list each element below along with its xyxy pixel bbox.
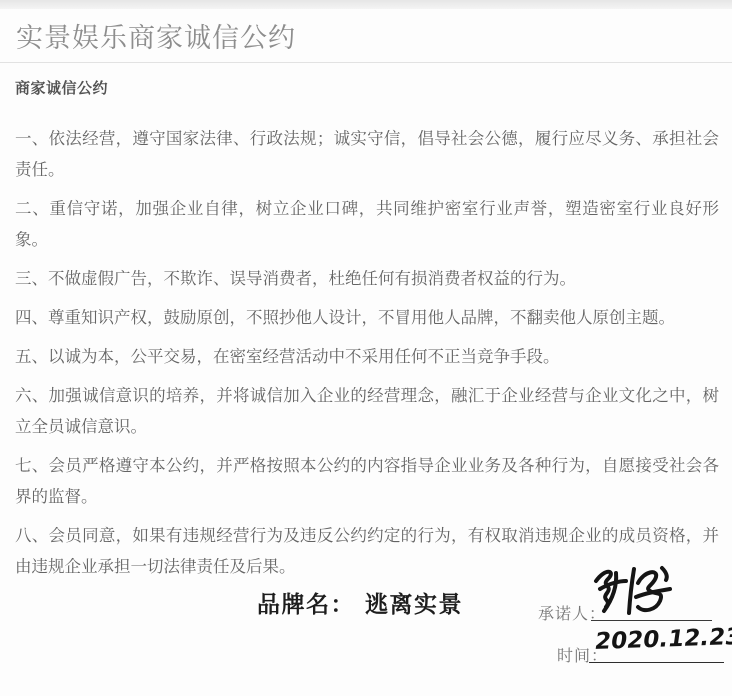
clause-1: 一、依法经营，遵守国家法律、行政法规；诚实守信，倡导社会公德，履行应尽义务、承担… <box>15 124 719 186</box>
clause-list: 一、依法经营，遵守国家法律、行政法规；诚实守信，倡导社会公德，履行应尽义务、承担… <box>15 124 719 591</box>
brand-label: 品牌名： <box>257 591 355 617</box>
clause-7: 七、会员严格遵守本公约，并严格按照本公约的内容指导企业业务及各种行为，自愿接受社… <box>15 451 719 513</box>
clause-2: 二、重信守诺，加强企业自律，树立企业口碑，共同维护密室行业声誉，塑造密室行业良好… <box>15 194 719 256</box>
clause-6: 六、加强诚信意识的培养，并将诚信加入企业的经营理念，融汇于企业经营与企业文化之中… <box>15 381 719 443</box>
time-value-underline <box>589 662 724 663</box>
page-title: 实景娱乐商家诚信公约 <box>16 16 296 55</box>
clause-4: 四、尊重知识产权，鼓励原创，不照抄他人设计，不冒用他人品牌，不翻卖他人原创主题。 <box>15 303 719 334</box>
clause-3: 三、不做虚假广告，不欺诈、误导消费者，杜绝任何有损消费者权益的行为。 <box>15 264 719 295</box>
title-divider <box>0 62 732 63</box>
document-page: 实景娱乐商家诚信公约 商家诚信公约 一、依法经营，遵守国家法律、行政法规；诚实守… <box>0 0 732 696</box>
time-value-handwriting: 2020.12.23 <box>593 624 732 655</box>
clause-5: 五、以诚为本，公平交易，在密室经营活动中不采用任何不正当竞争手段。 <box>15 342 719 373</box>
promiser-signature-underline <box>591 620 712 621</box>
brand-value: 逃离实景 <box>365 591 463 617</box>
photo-edge-strip <box>0 0 732 9</box>
promiser-signature-handwriting <box>586 561 680 623</box>
section-heading: 商家诚信公约 <box>15 77 108 98</box>
brand-name-line: 品牌名：逃离实景 <box>257 586 463 619</box>
